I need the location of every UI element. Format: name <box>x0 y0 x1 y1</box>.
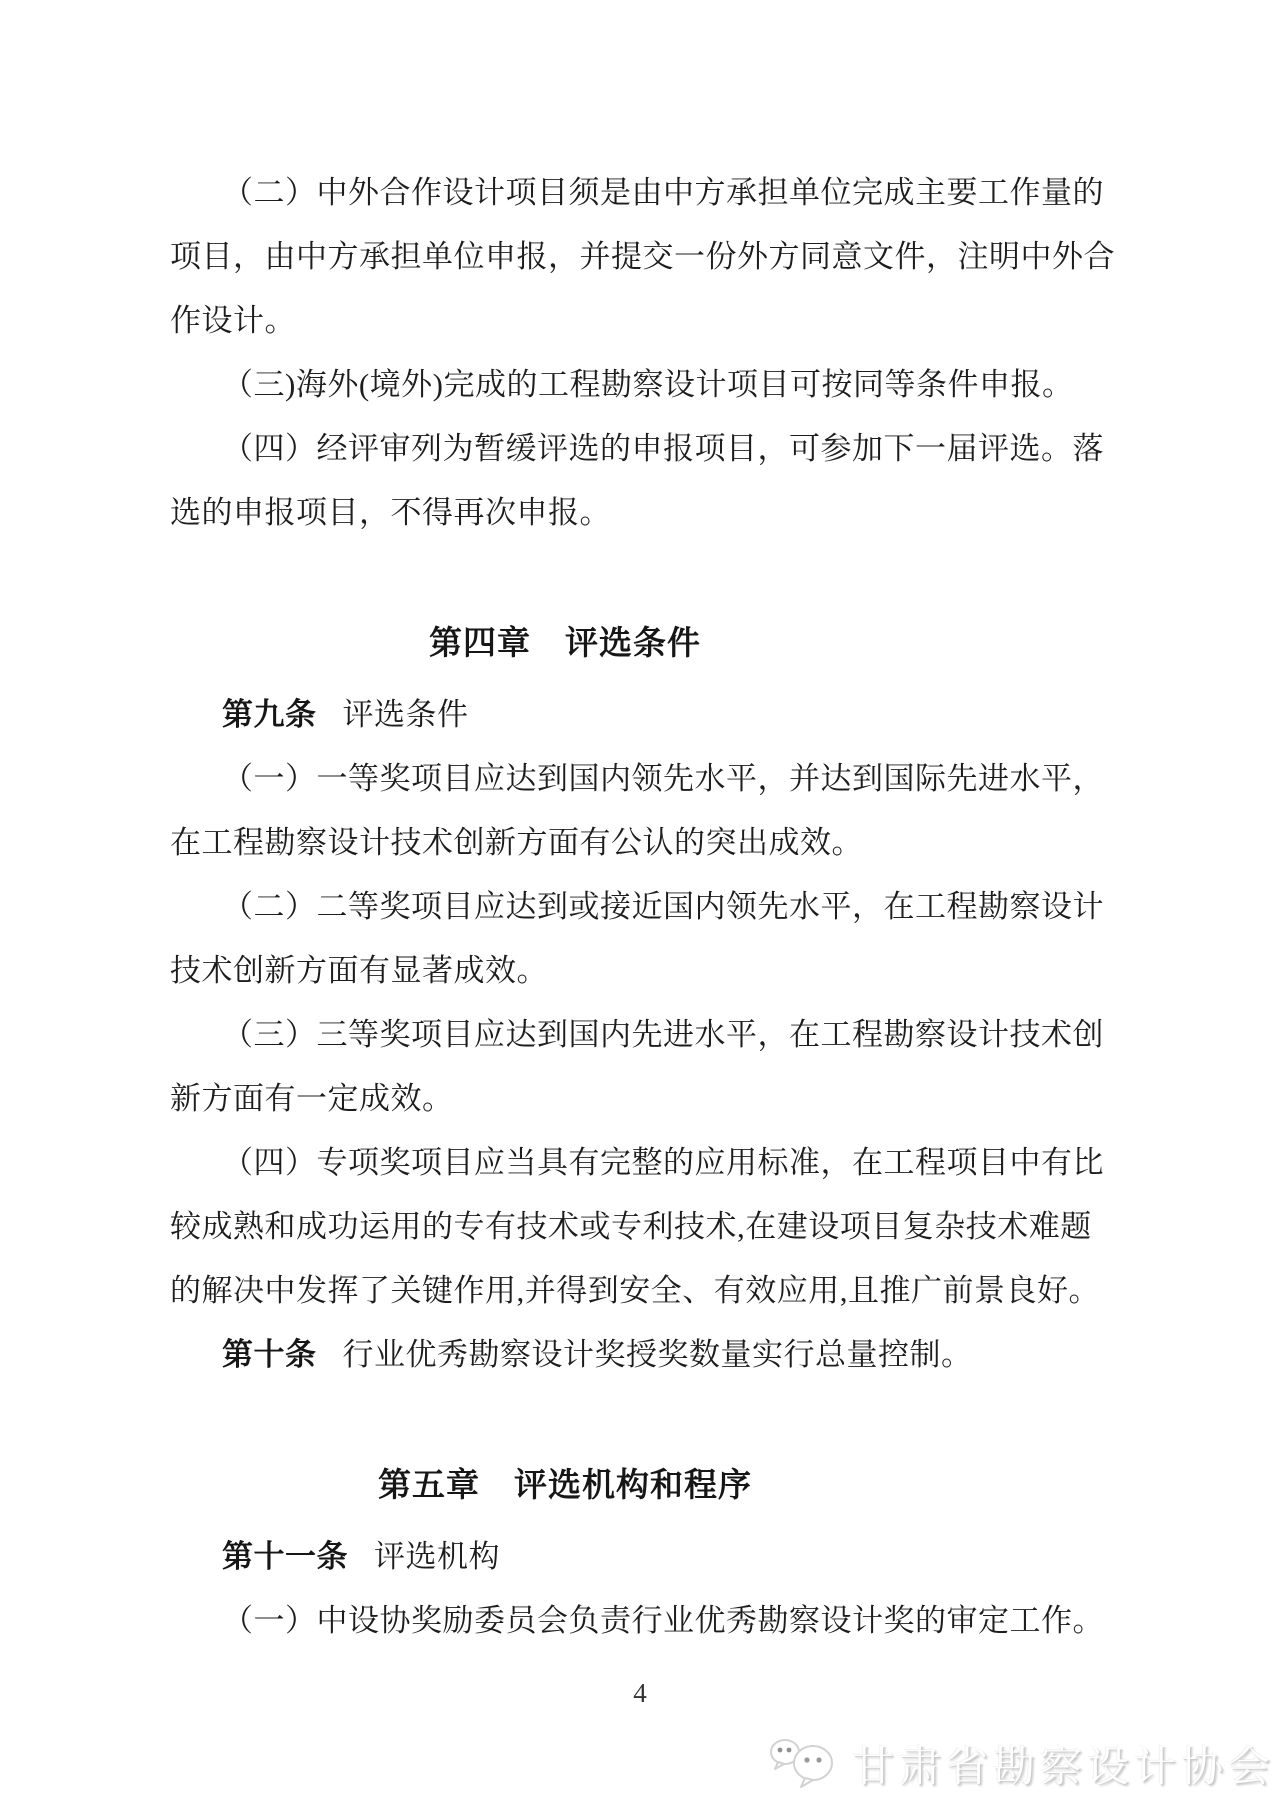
wechat-logo-icon <box>768 1735 838 1793</box>
paragraph-line: 较成熟和成功运用的专有技术或专利技术,在建设项目复杂技术难题 <box>170 1195 1112 1259</box>
article-number: 第九条 <box>222 697 317 732</box>
brand-name: 甘肃省勘察设计协会 <box>852 1734 1275 1794</box>
paragraph-line: （四）专项奖项目应当具有完整的应用标准，在工程项目中有比 <box>170 1131 1112 1195</box>
article-line: 第十条行业优秀勘察设计奖授奖数量实行总量控制。 <box>170 1323 1112 1387</box>
paragraph-line: （一）中设协奖励委员会负责行业优秀勘察设计奖的审定工作。 <box>170 1589 1112 1653</box>
document-body: （二）中外合作设计项目须是由中方承担单位完成主要工作量的 项目，由中方承担单位申… <box>170 161 1112 1653</box>
paragraph-line: （四）经评审列为暂缓评选的申报项目，可参加下一届评选。落 <box>170 417 1112 481</box>
paragraph-line: （三）三等奖项目应达到国内先进水平，在工程勘察设计技术创 <box>170 1003 1112 1067</box>
paragraph-line: 项目，由中方承担单位申报，并提交一份外方同意文件，注明中外合 <box>170 225 1112 289</box>
paragraph-line: 新方面有一定成效。 <box>170 1067 1112 1131</box>
paragraph-line: 的解决中发挥了关键作用,并得到安全、有效应用,且推广前景良好。 <box>170 1259 1112 1323</box>
paragraph-line: （二）中外合作设计项目须是由中方承担单位完成主要工作量的 <box>170 161 1112 225</box>
paragraph-line: 技术创新方面有显著成效。 <box>170 939 1112 1003</box>
page-number: 4 <box>0 1678 1280 1709</box>
article-line: 第九条评选条件 <box>170 683 1112 747</box>
article-number: 第十条 <box>222 1337 317 1372</box>
paragraph-line: （二）二等奖项目应达到或接近国内领先水平，在工程勘察设计 <box>170 875 1112 939</box>
article-text: 行业优秀勘察设计奖授奖数量实行总量控制。 <box>343 1337 973 1372</box>
paragraph-line: （一）一等奖项目应达到国内领先水平，并达到国际先进水平， <box>170 747 1112 811</box>
article-text: 评选机构 <box>374 1539 500 1574</box>
paragraph-line: 作设计。 <box>170 289 1112 353</box>
chapter-heading: 第四章 评选条件 <box>94 611 1036 675</box>
article-line: 第十一条评选机构 <box>170 1525 1112 1589</box>
article-text: 评选条件 <box>343 697 469 732</box>
paragraph-line: （三)海外(境外)完成的工程勘察设计项目可按同等条件申报。 <box>170 353 1112 417</box>
paragraph-line: 选的申报项目，不得再次申报。 <box>170 481 1112 545</box>
paragraph-line: 在工程勘察设计技术创新方面有公认的突出成效。 <box>170 811 1112 875</box>
brand-watermark: 甘肃省勘察设计协会 <box>768 1734 1275 1794</box>
chapter-heading: 第五章 评选机构和程序 <box>94 1453 1036 1517</box>
article-number: 第十一条 <box>222 1539 348 1574</box>
